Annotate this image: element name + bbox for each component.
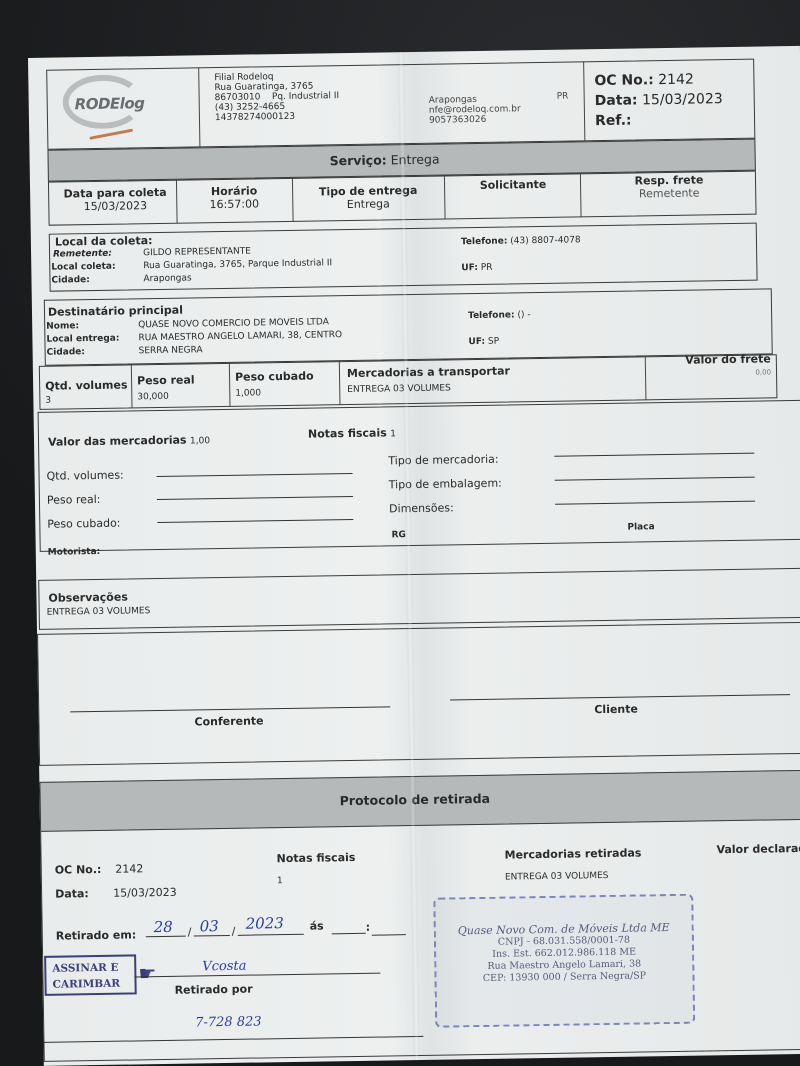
recipient-uf: UF: SP xyxy=(468,337,499,347)
cargo-cubic-label: Peso cubado xyxy=(235,370,314,384)
check-qty-label: Qtd. volumes: xyxy=(46,469,123,483)
check-packaging-label: Tipo de embalagem: xyxy=(389,477,502,492)
pointing-hand-icon: ☛ xyxy=(138,961,156,985)
oc-number: OC No.: 2142 xyxy=(594,72,694,90)
branch-district: Pq. Industrial II xyxy=(272,91,339,102)
client-label: Cliente xyxy=(594,703,638,717)
signatures-section xyxy=(37,622,800,766)
service-title: Serviço: Entrega xyxy=(330,152,440,169)
cargo-weight-value: 30,000 xyxy=(137,392,169,402)
check-weight-label: Peso real: xyxy=(47,493,101,507)
branch-cnpj: 14378274000123 xyxy=(215,111,340,123)
withdrawn-year[interactable]: 2023 xyxy=(245,914,283,933)
pickup-sender-label: Remetente: xyxy=(53,249,112,260)
oc-date: Data: 15/03/2023 xyxy=(595,91,723,109)
pickup-place-label: Local coleta: xyxy=(51,262,115,273)
cargo-weight-label: Peso real xyxy=(137,373,195,387)
withdrawn-by-rg: 7-728 823 xyxy=(195,1014,262,1030)
withdrawn-day[interactable]: 28 xyxy=(154,918,173,936)
service-col-freight-resp: Resp. freteRemetente xyxy=(586,173,752,202)
company-stamp: Quase Novo Com. de Móveis Ltda ME CNPJ -… xyxy=(433,894,695,1028)
driver-label: Motorista: xyxy=(48,547,101,558)
service-col-delivery-type: Tipo de entregaEntrega xyxy=(298,184,438,212)
observations-title: Observações xyxy=(48,590,128,604)
withdrawn-month[interactable]: 03 xyxy=(200,917,219,935)
recipient-city-value: SERRA NEGRA xyxy=(139,345,203,356)
sign-and-stamp-stamp: ASSINAR E CARIMBAR xyxy=(44,954,137,995)
recipient-place-label: Local entrega: xyxy=(46,334,119,345)
branch-uf: PR xyxy=(557,92,569,102)
cargo-qty-label: Qtd. volumes xyxy=(45,378,127,392)
at-label: ás xyxy=(310,919,324,932)
company-logo: RODElog xyxy=(75,94,145,113)
checker-label: Conferente xyxy=(194,714,263,728)
oc-ref: Ref.: xyxy=(595,113,632,130)
protocol-title: Protocolo de retirada xyxy=(340,791,491,808)
cargo-goods-value: ENTREGA 03 VOLUMES xyxy=(347,383,451,395)
protocol-oc: OC No.: 2142 xyxy=(55,862,144,876)
withdrawn-by-signature[interactable]: Vcosta xyxy=(202,959,246,975)
collection-order-document: RODElog Filial Rodeloq Rua Guaratinga, 3… xyxy=(28,46,800,1066)
recipient-title: Destinatário principal xyxy=(48,304,183,319)
recipient-name-label: Nome: xyxy=(46,321,79,332)
protocol-declared-label: Valor declarad xyxy=(716,842,800,856)
check-cubic-label: Peso cubado: xyxy=(47,517,120,531)
rg-label: RG xyxy=(391,530,405,540)
recipient-phone: Telefone: () - xyxy=(468,310,531,321)
protocol-goods-value: ENTREGA 03 VOLUMES xyxy=(505,871,609,883)
cargo-cubic-value: 1,000 xyxy=(235,388,261,398)
recipient-city-label: Cidade: xyxy=(47,347,86,358)
observations-section xyxy=(38,568,800,630)
withdrawn-by-label: Retirado por xyxy=(175,983,253,997)
cargo-goods-label: Mercadorias a transportar xyxy=(347,364,510,380)
check-type-label: Tipo de mercadoria: xyxy=(388,453,498,468)
protocol-date: Data: 15/03/2023 xyxy=(55,886,177,901)
pickup-phone: Telefone: (43) 8807-4078 xyxy=(461,235,581,247)
plate-label: Placa xyxy=(627,522,654,532)
protocol-goods-label: Mercadorias retiradas xyxy=(504,846,641,861)
cargo-freight-label: Valor do frete xyxy=(659,352,771,367)
pickup-uf: UF: PR xyxy=(461,263,492,273)
pickup-city-label: Cidade: xyxy=(51,275,90,286)
pickup-city-value: Arapongas xyxy=(143,273,191,284)
withdrawn-label: Retirado em: xyxy=(56,928,137,942)
branch-ie: 9057363026 xyxy=(429,114,521,125)
check-dimensions-label: Dimensões: xyxy=(389,501,454,515)
pickup-title: Local da coleta: xyxy=(55,234,153,249)
cargo-qty-value: 3 xyxy=(45,396,51,406)
invoices: Notas fiscais 1 xyxy=(308,426,396,440)
service-col-requester: Solicitante xyxy=(450,177,576,192)
observations-value: ENTREGA 03 VOLUMES xyxy=(47,606,151,618)
pickup-sender-value: GILDO REPRESENTANTE xyxy=(143,247,251,259)
service-col-pickup-date: Data para coleta15/03/2023 xyxy=(60,186,170,214)
service-col-time: Horário16:57:00 xyxy=(180,184,288,212)
goods-value: Valor das mercadorias 1,00 xyxy=(48,433,210,449)
protocol-invoices-label: Notas fiscais xyxy=(277,851,356,865)
branch-contact: Arapongas nfe@rodeloq.com.br 9057363026 xyxy=(429,94,521,125)
protocol-invoices-value: 1 xyxy=(277,876,283,886)
check-section xyxy=(38,400,800,552)
branch-info: Filial Rodeloq Rua Guaratinga, 3765 8670… xyxy=(214,71,339,123)
